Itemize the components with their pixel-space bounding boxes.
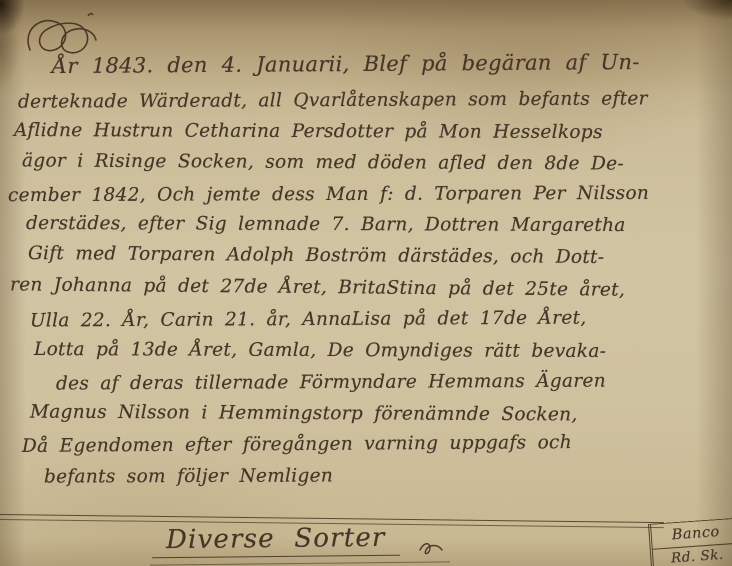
manuscript-line: Aflidne Hustrun Cetharina Persdotter på …	[14, 120, 603, 143]
manuscript-line: derstädes, efter Sig lemnade 7. Barn, Do…	[26, 213, 626, 236]
manuscript-line: År 1843. den 4. Januarii, Blef på begära…	[52, 50, 640, 78]
manuscript-line: Magnus Nilsson i Hemmingstorp förenämnde…	[30, 402, 578, 426]
manuscript-line: cember 1842, Och jemte dess Man f: d. To…	[8, 183, 649, 206]
manuscript-line: Lotta på 13de Året, Gamla, De Omyndiges …	[34, 339, 606, 362]
section-heading: Diverse Sorter	[152, 523, 400, 559]
manuscript-line: befants som följer Nemligen	[44, 465, 333, 487]
manuscript-line: des af deras tillernade Förmyndare Hemma…	[56, 371, 606, 395]
manuscript-line: Ulla 22. År, Carin 21. år, AnnaLisa på d…	[30, 308, 587, 332]
manuscript-line: Gift med Torparen Adolph Boström därstäd…	[28, 243, 605, 268]
manuscript-line: Då Egendomen efter föregången varning up…	[22, 432, 572, 457]
manuscript-line: ägor i Risinge Socken, som med döden afl…	[22, 150, 624, 174]
manuscript-line: derteknade Wärderadt, all Qvarlåtenskape…	[18, 88, 648, 112]
section-heading-underline	[150, 561, 450, 565]
manuscript-line: ren Johanna på det 27de Året, BritaStina…	[10, 274, 625, 300]
manuscript-page: År 1843. den 4. Januarii, Blef på begära…	[0, 0, 732, 566]
value-column-box: Banco Rd. Sk.	[648, 518, 732, 566]
heading-flourish	[418, 540, 444, 558]
